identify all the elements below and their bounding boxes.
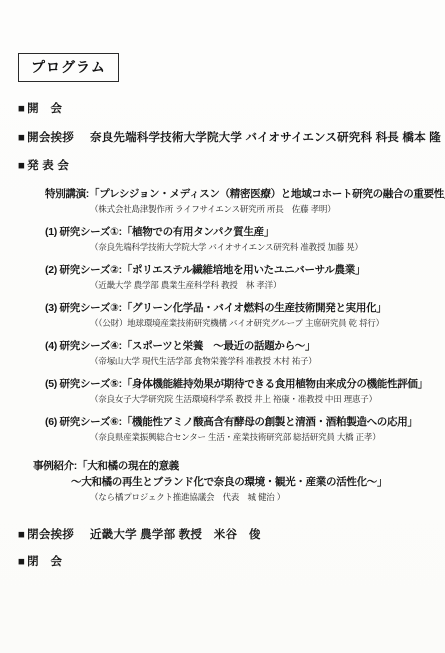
session-seeds-5: (5) 研究シーズ⑤:「身体機能維持効果が期待できる食用植物由来成分の機能性評価… bbox=[45, 376, 440, 406]
session-title: (5) 研究シーズ⑤:「身体機能維持効果が期待できる食用植物由来成分の機能性評価… bbox=[45, 376, 440, 392]
session-presenter: （株式会社島津製作所 ライフサイエンス研究所 所長 佐藤 孝明） bbox=[90, 202, 440, 216]
session-special-lecture: 特別講演:「プレシジョン・メディスン（精密医療）と地域コホート研究の融合の重要性… bbox=[45, 186, 440, 216]
session-title: (2) 研究シーズ②:「ポリエステル繊維培地を用いたユニバーサル農業」 bbox=[45, 262, 440, 278]
session-title: (6) 研究シーズ⑥:「機能性アミノ酸高含有酵母の創製と清酒・酒粕製造への応用」 bbox=[45, 414, 440, 430]
session-seeds-6: (6) 研究シーズ⑥:「機能性アミノ酸高含有酵母の創製と清酒・酒粕製造への応用」… bbox=[45, 414, 440, 444]
session-presenter: （奈良県産業振興総合センター 生活・産業技術研究部 総括研究員 大橋 正孝） bbox=[90, 430, 440, 444]
session-seeds-1: (1) 研究シーズ①:「植物での有用タンパク質生産」 （奈良先端科学技術大学院大… bbox=[45, 224, 440, 254]
session-title: 事例紹介:「大和橘の現在的意義 bbox=[33, 458, 440, 474]
square-bullet-icon: ■ bbox=[18, 102, 25, 117]
agenda-item-opening-greeting: ■開会挨拶奈良先端科学技術大学院大学 バイオサイエンス研究科 科長 橋本 隆 bbox=[18, 131, 440, 146]
session-title: (4) 研究シーズ④:「スポーツと栄養 ～最近の話題から～」 bbox=[45, 338, 440, 354]
session-title: (1) 研究シーズ①:「植物での有用タンパク質生産」 bbox=[45, 224, 440, 240]
page-title: プログラム bbox=[18, 53, 119, 82]
session-case-study: 事例紹介:「大和橘の現在的意義 ～大和橘の再生とブランド化で奈良の環境・観光・産… bbox=[33, 458, 440, 504]
square-bullet-icon: ■ bbox=[18, 555, 25, 570]
session-title: (3) 研究シーズ③:「グリーン化学品・バイオ燃料の生産技術開発と実用化」 bbox=[45, 300, 440, 316]
agenda-item-opening: ■開 会 bbox=[18, 102, 440, 117]
session-presenter: （近畿大学 農学部 農業生産科学科 教授 林 孝洋） bbox=[90, 278, 440, 292]
session-title: 特別講演:「プレシジョン・メディスン（精密医療）と地域コホート研究の融合の重要性… bbox=[45, 186, 440, 202]
square-bullet-icon: ■ bbox=[18, 159, 25, 174]
square-bullet-icon: ■ bbox=[18, 131, 25, 146]
square-bullet-icon: ■ bbox=[18, 528, 25, 543]
agenda-item-label: 閉 会 bbox=[27, 556, 62, 568]
session-presenter: （帝塚山大学 現代生活学部 食物栄養学科 准教授 木村 祐子） bbox=[90, 354, 440, 368]
session-presenter: （なら橘プロジェクト推進協議会 代表 城 健治 ） bbox=[90, 490, 440, 504]
session-seeds-2: (2) 研究シーズ②:「ポリエステル繊維培地を用いたユニバーサル農業」 （近畿大… bbox=[45, 262, 440, 292]
session-seeds-3: (3) 研究シーズ③:「グリーン化学品・バイオ燃料の生産技術開発と実用化」 （（… bbox=[45, 300, 440, 330]
session-presenter: （奈良先端科学技術大学院大学 バイオサイエンス研究科 准教授 加藤 晃） bbox=[90, 240, 440, 254]
agenda-item-label: 開会挨拶 bbox=[27, 132, 74, 144]
agenda-item-presentations: ■発 表 会 bbox=[18, 159, 440, 174]
session-presenter: （（公財）地球環境産業技術研究機構 バイオ研究グループ 主席研究員 乾 将行） bbox=[90, 316, 440, 330]
agenda-item-detail: 近畿大学 農学部 教授 米谷 俊 bbox=[90, 529, 261, 541]
session-title-line2: ～大和橘の再生とブランド化で奈良の環境・観光・産業の活性化～」 bbox=[71, 474, 440, 490]
agenda-item-label: 閉会挨拶 bbox=[27, 529, 74, 541]
agenda-item-label: 開 会 bbox=[27, 103, 62, 115]
session-list: 特別講演:「プレシジョン・メディスン（精密医療）と地域コホート研究の融合の重要性… bbox=[45, 186, 440, 504]
agenda-item-closing: ■閉 会 bbox=[18, 555, 440, 570]
agenda-item-detail: 奈良先端科学技術大学院大学 バイオサイエンス研究科 科長 橋本 隆 bbox=[90, 132, 441, 144]
agenda-item-closing-greeting: ■閉会挨拶近畿大学 農学部 教授 米谷 俊 bbox=[18, 528, 440, 543]
agenda-item-label: 発 表 会 bbox=[27, 160, 69, 172]
session-seeds-4: (4) 研究シーズ④:「スポーツと栄養 ～最近の話題から～」 （帝塚山大学 現代… bbox=[45, 338, 440, 368]
session-presenter: （奈良女子大学研究院 生活環境科学系 教授 井上 裕康・准教授 中田 理恵子） bbox=[90, 392, 440, 406]
program-page: プログラム ■開 会 ■開会挨拶奈良先端科学技術大学院大学 バイオサイエンス研究… bbox=[0, 0, 445, 570]
